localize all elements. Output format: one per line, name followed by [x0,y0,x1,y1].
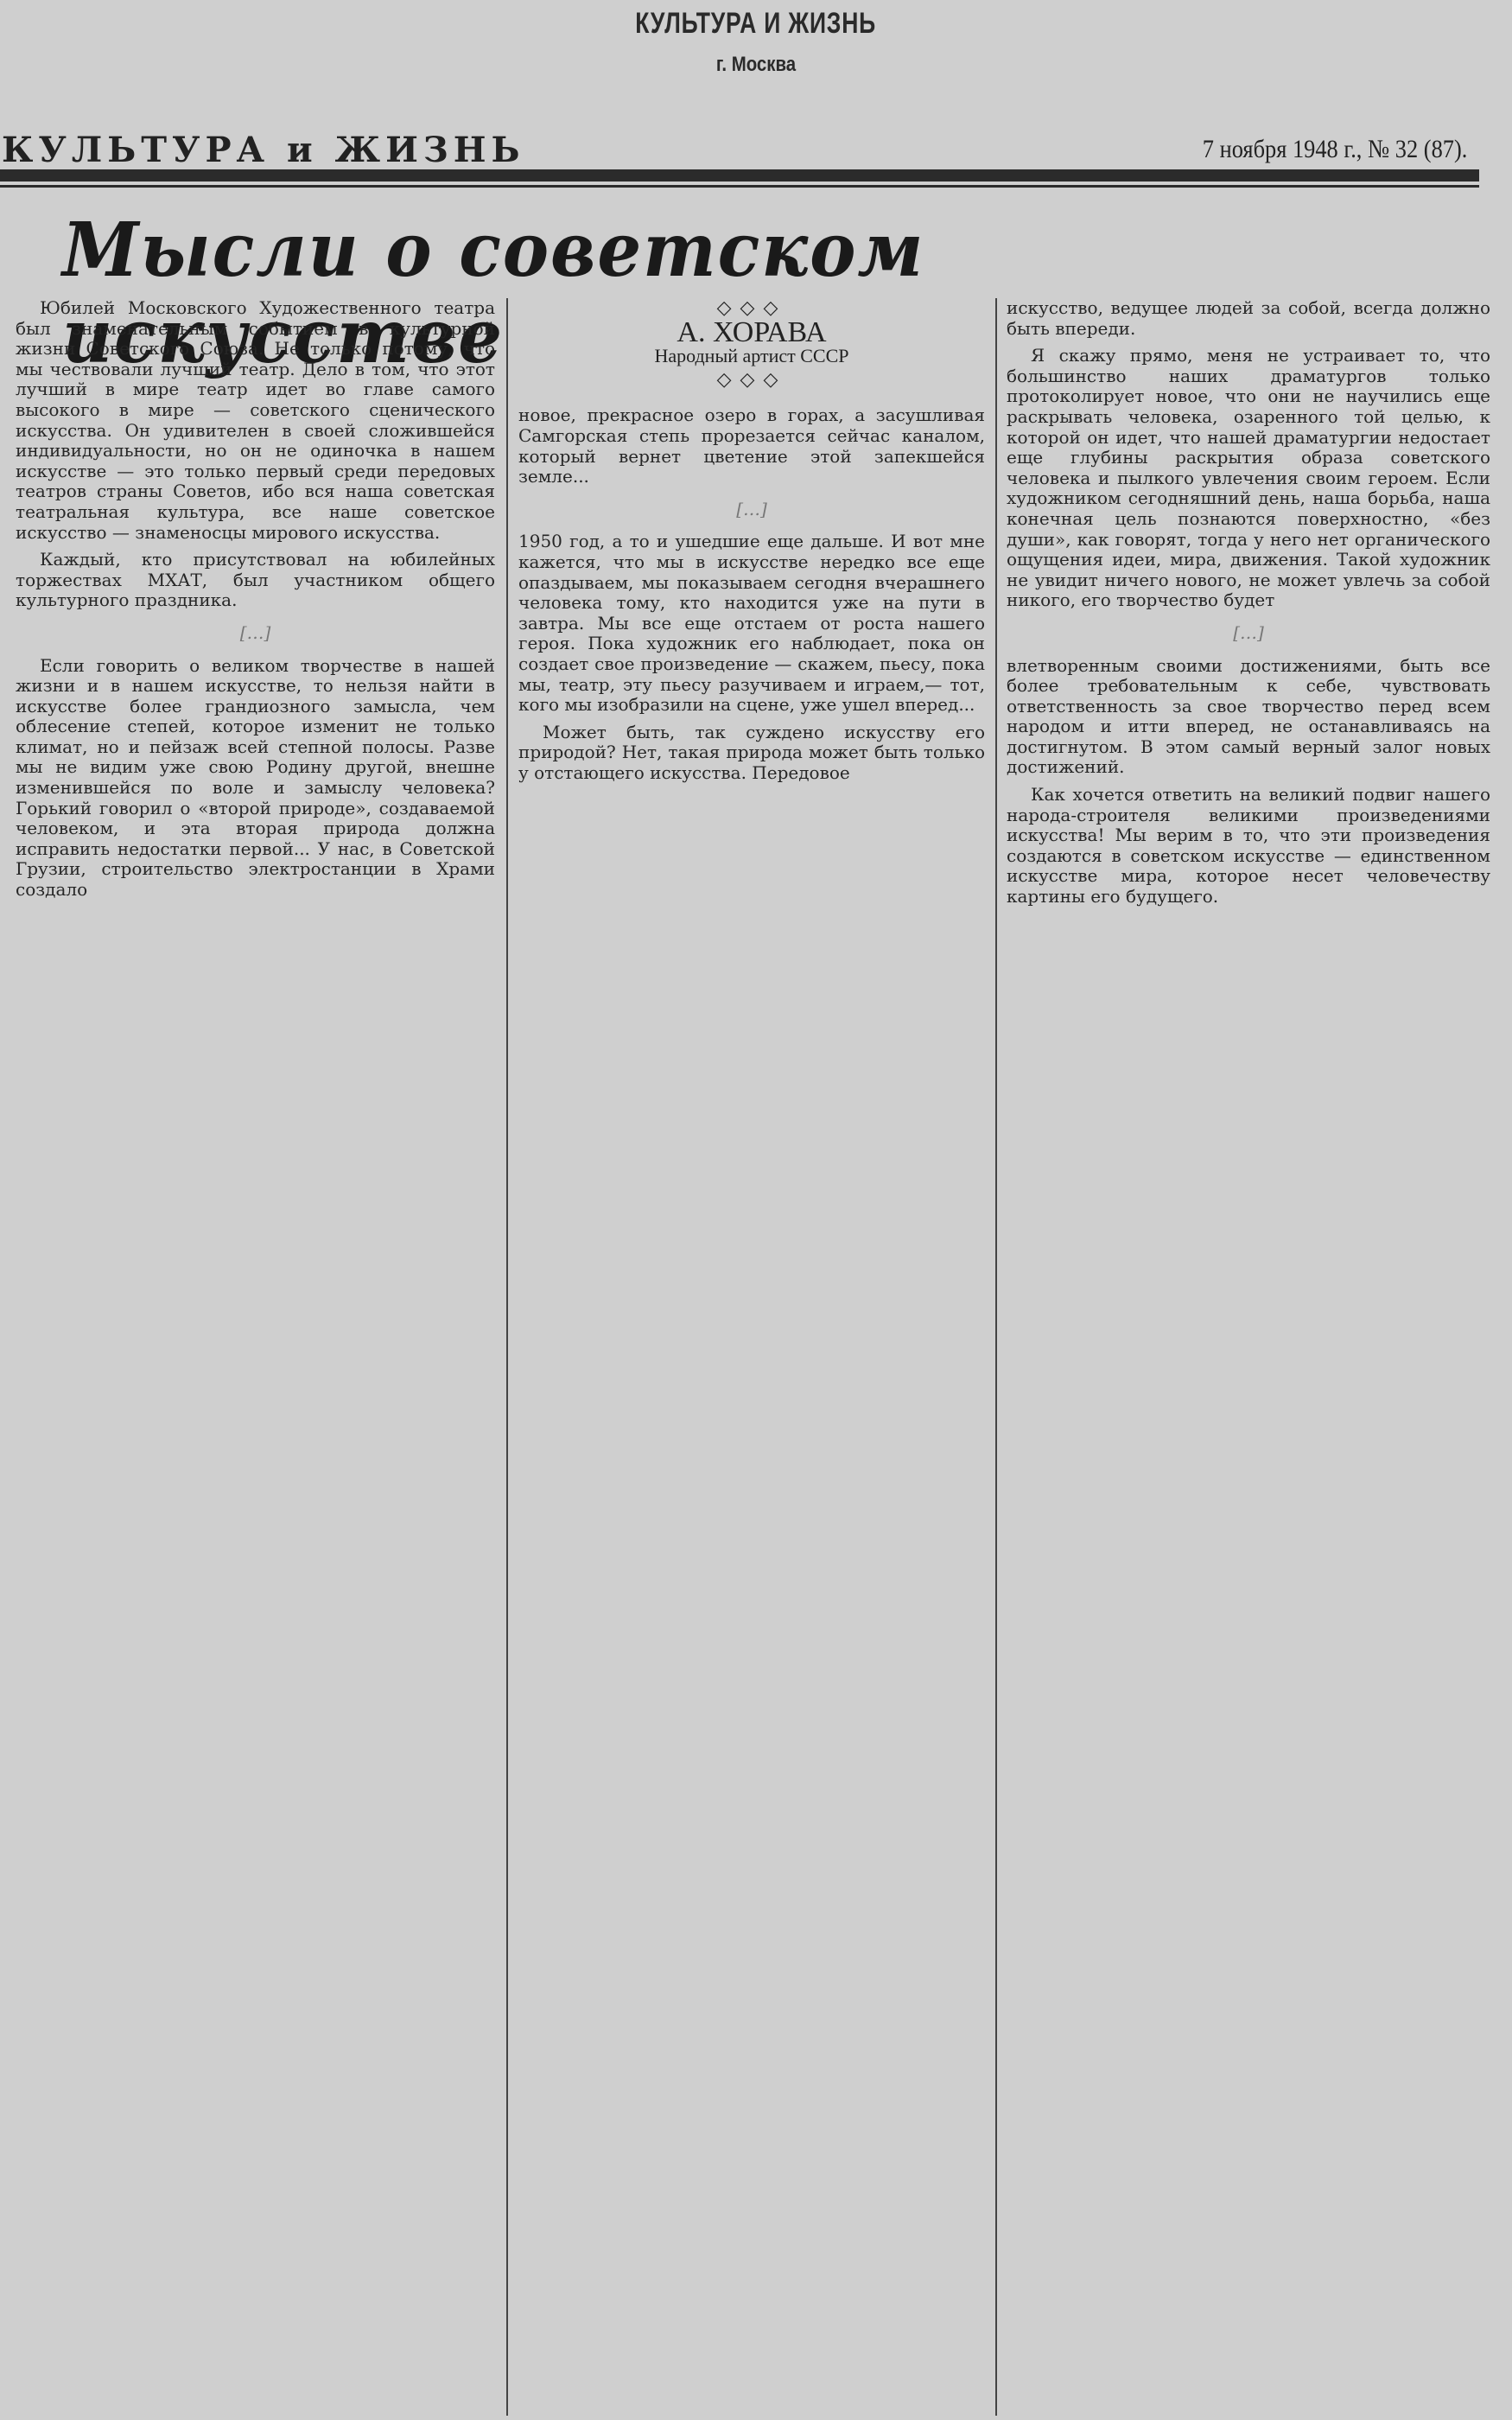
paragraph: 1950 год, а то и ушедшие еще дальше. И в… [518,532,985,715]
elided-text: […] [1007,623,1490,644]
stamp-title: КУЛЬТУРА И ЖИЗНЬ [636,7,877,41]
paragraph: искусство, ведущее людей за собой, всегд… [1007,298,1490,339]
article-column-3: искусство, ведущее людей за собой, всегд… [1007,298,1490,914]
paragraph: Как хочется ответить на великий подвиг н… [1007,785,1490,907]
diamond-ornament-icon: ◇◇◇ [518,370,985,391]
masthead-stamp: КУЛЬТУРА И ЖИЗНЬ г. Москва [0,7,1512,77]
stamp-city: г. Москва [113,53,1399,77]
paragraph: Если говорить о великом творчестве в наш… [16,656,495,901]
newspaper-title: КУЛЬТУРА и ЖИЗНЬ [2,130,525,170]
paragraph: Я скажу прямо, меня не устраивает то, чт… [1007,346,1490,611]
column-divider [506,298,508,2416]
author-name: А. ХОРАВА [518,322,985,343]
nameplate: КУЛЬТУРА и ЖИЗНЬ 7 ноября 1948 г., № 32 … [0,130,1512,171]
paragraph: Может быть, так суждено искусству его пр… [518,723,985,784]
elided-text: […] [16,623,495,644]
paragraph: Юбилей Московского Художественного театр… [16,298,495,543]
article-column-1: Юбилей Московского Художественного театр… [16,298,495,907]
byline: ◇◇◇ А. ХОРАВА Народный артист СССР ◇◇◇ [518,298,985,390]
author-title: Народный артист СССР [518,346,985,366]
elided-text: […] [518,500,985,520]
paragraph: новое, прекрасное озеро в горах, а засуш… [518,405,985,487]
paragraph: влетворенным своими достижениями, быть в… [1007,656,1490,779]
paragraph: Каждый, кто присутствовал на юбилейных т… [16,550,495,611]
article-column-2: ◇◇◇ А. ХОРАВА Народный артист СССР ◇◇◇ н… [518,298,985,790]
issue-date: 7 ноября 1948 г., № 32 (87). [1202,135,1467,164]
column-divider [995,298,997,2416]
masthead-rule-thin [0,185,1479,188]
masthead-rule [0,169,1479,181]
